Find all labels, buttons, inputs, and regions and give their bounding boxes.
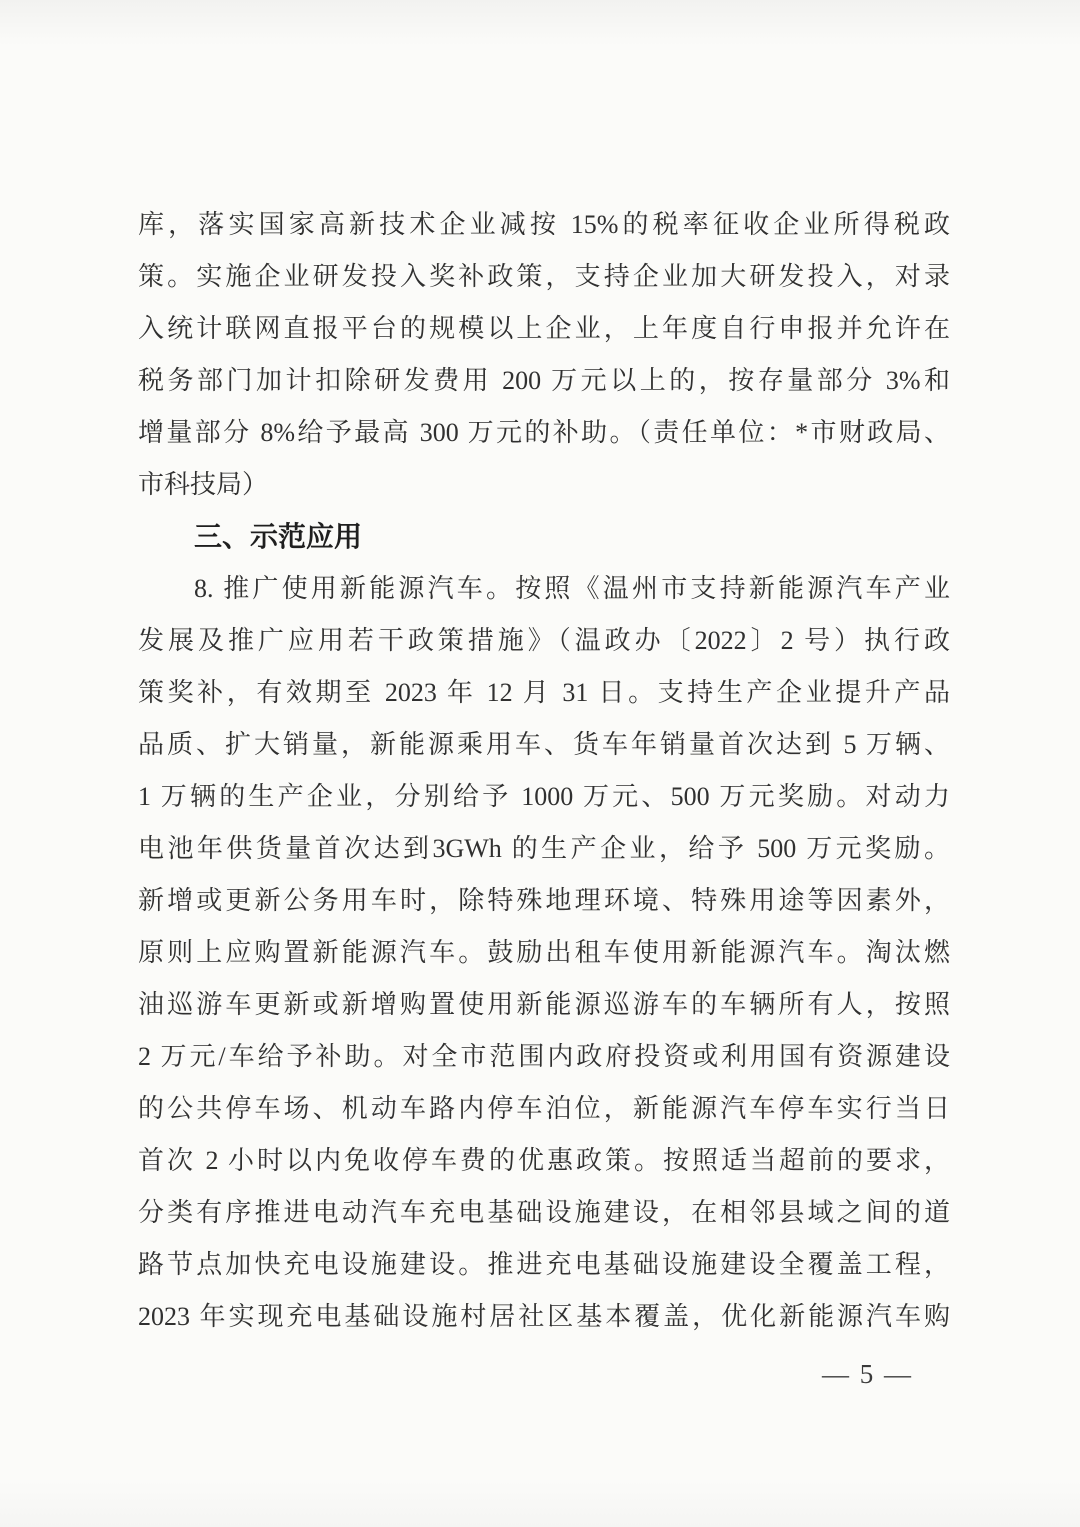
text-line: 发展及推广应用若干政策措施》（温政办〔2022〕2 号）执行政 [138,615,950,667]
text-line: 策。实施企业研发投入奖补政策，支持企业加大研发投入，对录 [138,251,950,303]
page-number: — 5 — [800,1352,935,1396]
text-line: 入统计联网直报平台的规模以上企业，上年度自行申报并允许在 [138,303,950,355]
text-line: 路节点加快充电设施建设。推进充电基础设施建设全覆盖工程， [138,1239,950,1291]
text-line: 电池年供货量首次达到3GWh 的生产企业，给予 500 万元奖励。 [138,823,950,875]
text-line: 策奖补，有效期至 2023 年 12 月 31 日。支持生产企业提升产品 [138,667,950,719]
text-line: 8. 推广使用新能源汽车。按照《温州市支持新能源汽车产业 [138,563,950,615]
text-line: 税务部门加计扣除研发费用 200 万元以上的，按存量部分 3%和 [138,355,950,407]
text-line: 2 万元/车给予补助。对全市范围内政府投资或利用国有资源建设 [138,1031,950,1083]
text-line: 库，落实国家高新技术企业减按 15%的税率征收企业所得税政 [138,199,950,251]
text-line: 新增或更新公务用车时，除特殊地理环境、特殊用途等因素外， [138,875,950,927]
document-body: 库，落实国家高新技术企业减按 15%的税率征收企业所得税政 策。实施企业研发投入… [138,199,950,1343]
text-line: 分类有序推进电动汽车充电基础设施建设，在相邻县域之间的道 [138,1187,950,1239]
text-line: 1 万辆的生产企业，分别给予 1000 万元、500 万元奖励。对动力 [138,771,950,823]
text-line: 的公共停车场、机动车路内停车泊位，新能源汽车停车实行当日 [138,1083,950,1135]
section-heading: 三、示范应用 [138,511,950,563]
text-line: 市科技局） [138,459,950,511]
document-page: 库，落实国家高新技术企业减按 15%的税率征收企业所得税政 策。实施企业研发投入… [0,0,1080,1527]
text-line: 油巡游车更新或新增购置使用新能源巡游车的车辆所有人，按照 [138,979,950,1031]
text-line: 增量部分 8%给予最高 300 万元的补助。（责任单位：*市财政局、 [138,407,950,459]
text-line: 2023 年实现充电基础设施村居社区基本覆盖，优化新能源汽车购 [138,1291,950,1343]
text-line: 首次 2 小时以内免收停车费的优惠政策。按照适当超前的要求， [138,1135,950,1187]
text-line: 原则上应购置新能源汽车。鼓励出租车使用新能源汽车。淘汰燃 [138,927,950,979]
text-line: 品质、扩大销量，新能源乘用车、货车年销量首次达到 5 万辆、 [138,719,950,771]
